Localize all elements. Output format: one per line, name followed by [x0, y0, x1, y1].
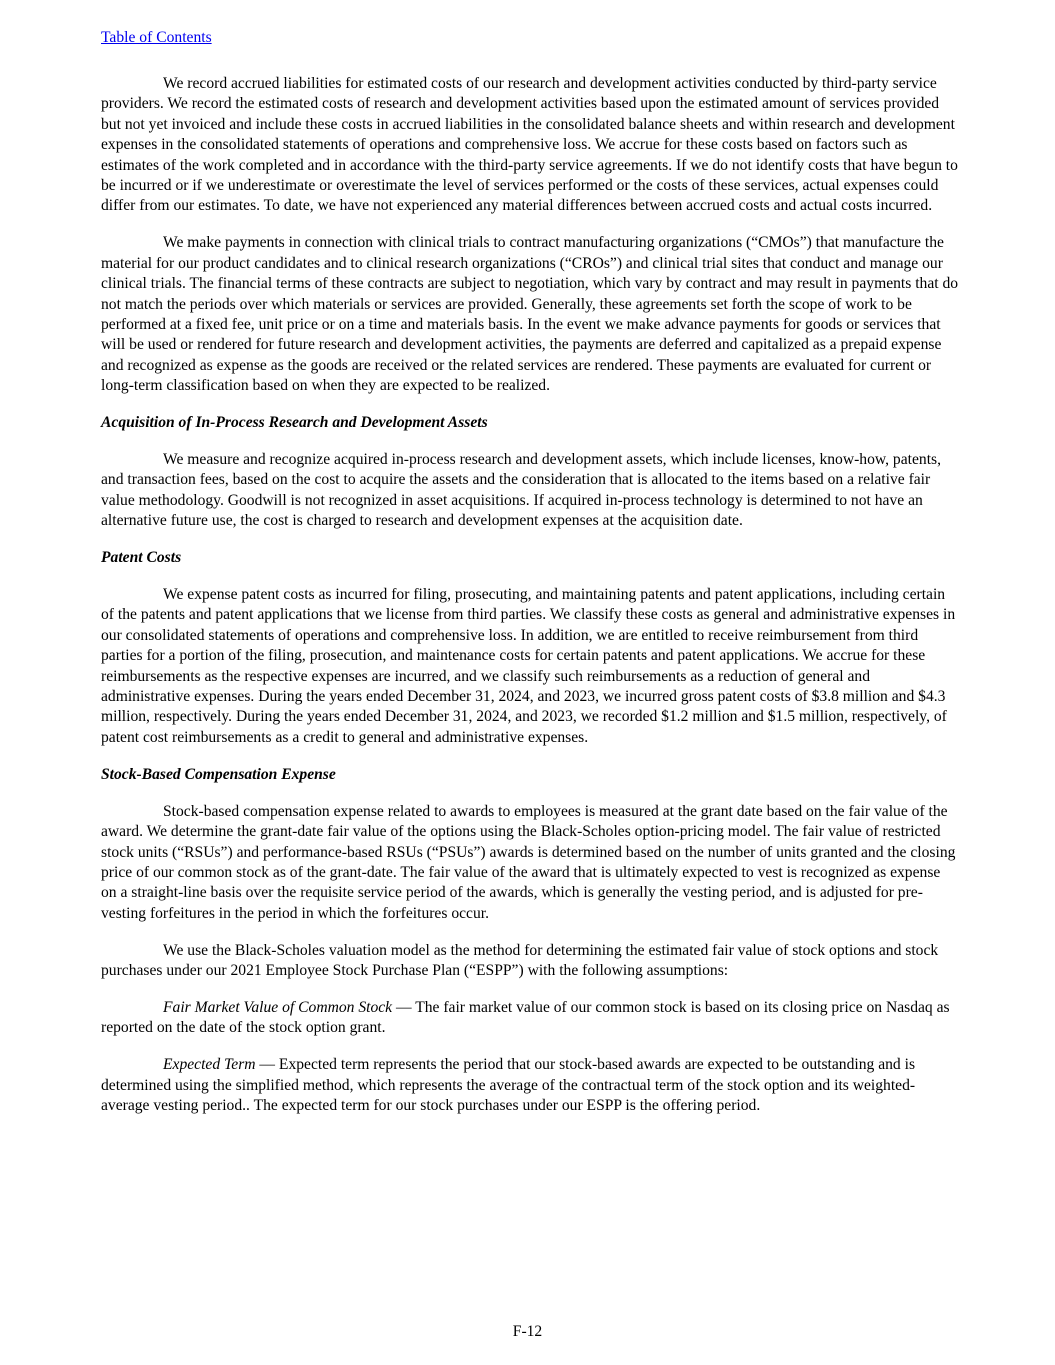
expected-term-paragraph: Expected Term — Expected term represents…	[101, 1055, 959, 1116]
fair-market-value-paragraph: Fair Market Value of Common Stock — The …	[101, 998, 959, 1039]
page-number: F-12	[0, 1322, 1055, 1342]
table-of-contents-link[interactable]: Table of Contents	[101, 28, 212, 48]
black-scholes-paragraph: We use the Black-Scholes valuation model…	[101, 941, 959, 982]
expected-term-term: Expected Term	[163, 1056, 256, 1073]
patent-costs-paragraph: We expense patent costs as incurred for …	[101, 585, 959, 748]
stock-comp-paragraph: Stock-based compensation expense related…	[101, 802, 959, 924]
ipr-heading: Acquisition of In-Process Research and D…	[101, 413, 959, 433]
fair-market-value-term: Fair Market Value of Common Stock	[163, 999, 392, 1016]
stock-comp-heading: Stock-Based Compensation Expense	[101, 765, 959, 785]
clinical-trial-payments-paragraph: We make payments in connection with clin…	[101, 233, 959, 396]
document-body: We record accrued liabilities for estima…	[101, 74, 959, 1133]
accrued-liabilities-paragraph: We record accrued liabilities for estima…	[101, 74, 959, 217]
ipr-paragraph: We measure and recognize acquired in-pro…	[101, 450, 959, 532]
patent-costs-heading: Patent Costs	[101, 548, 959, 568]
